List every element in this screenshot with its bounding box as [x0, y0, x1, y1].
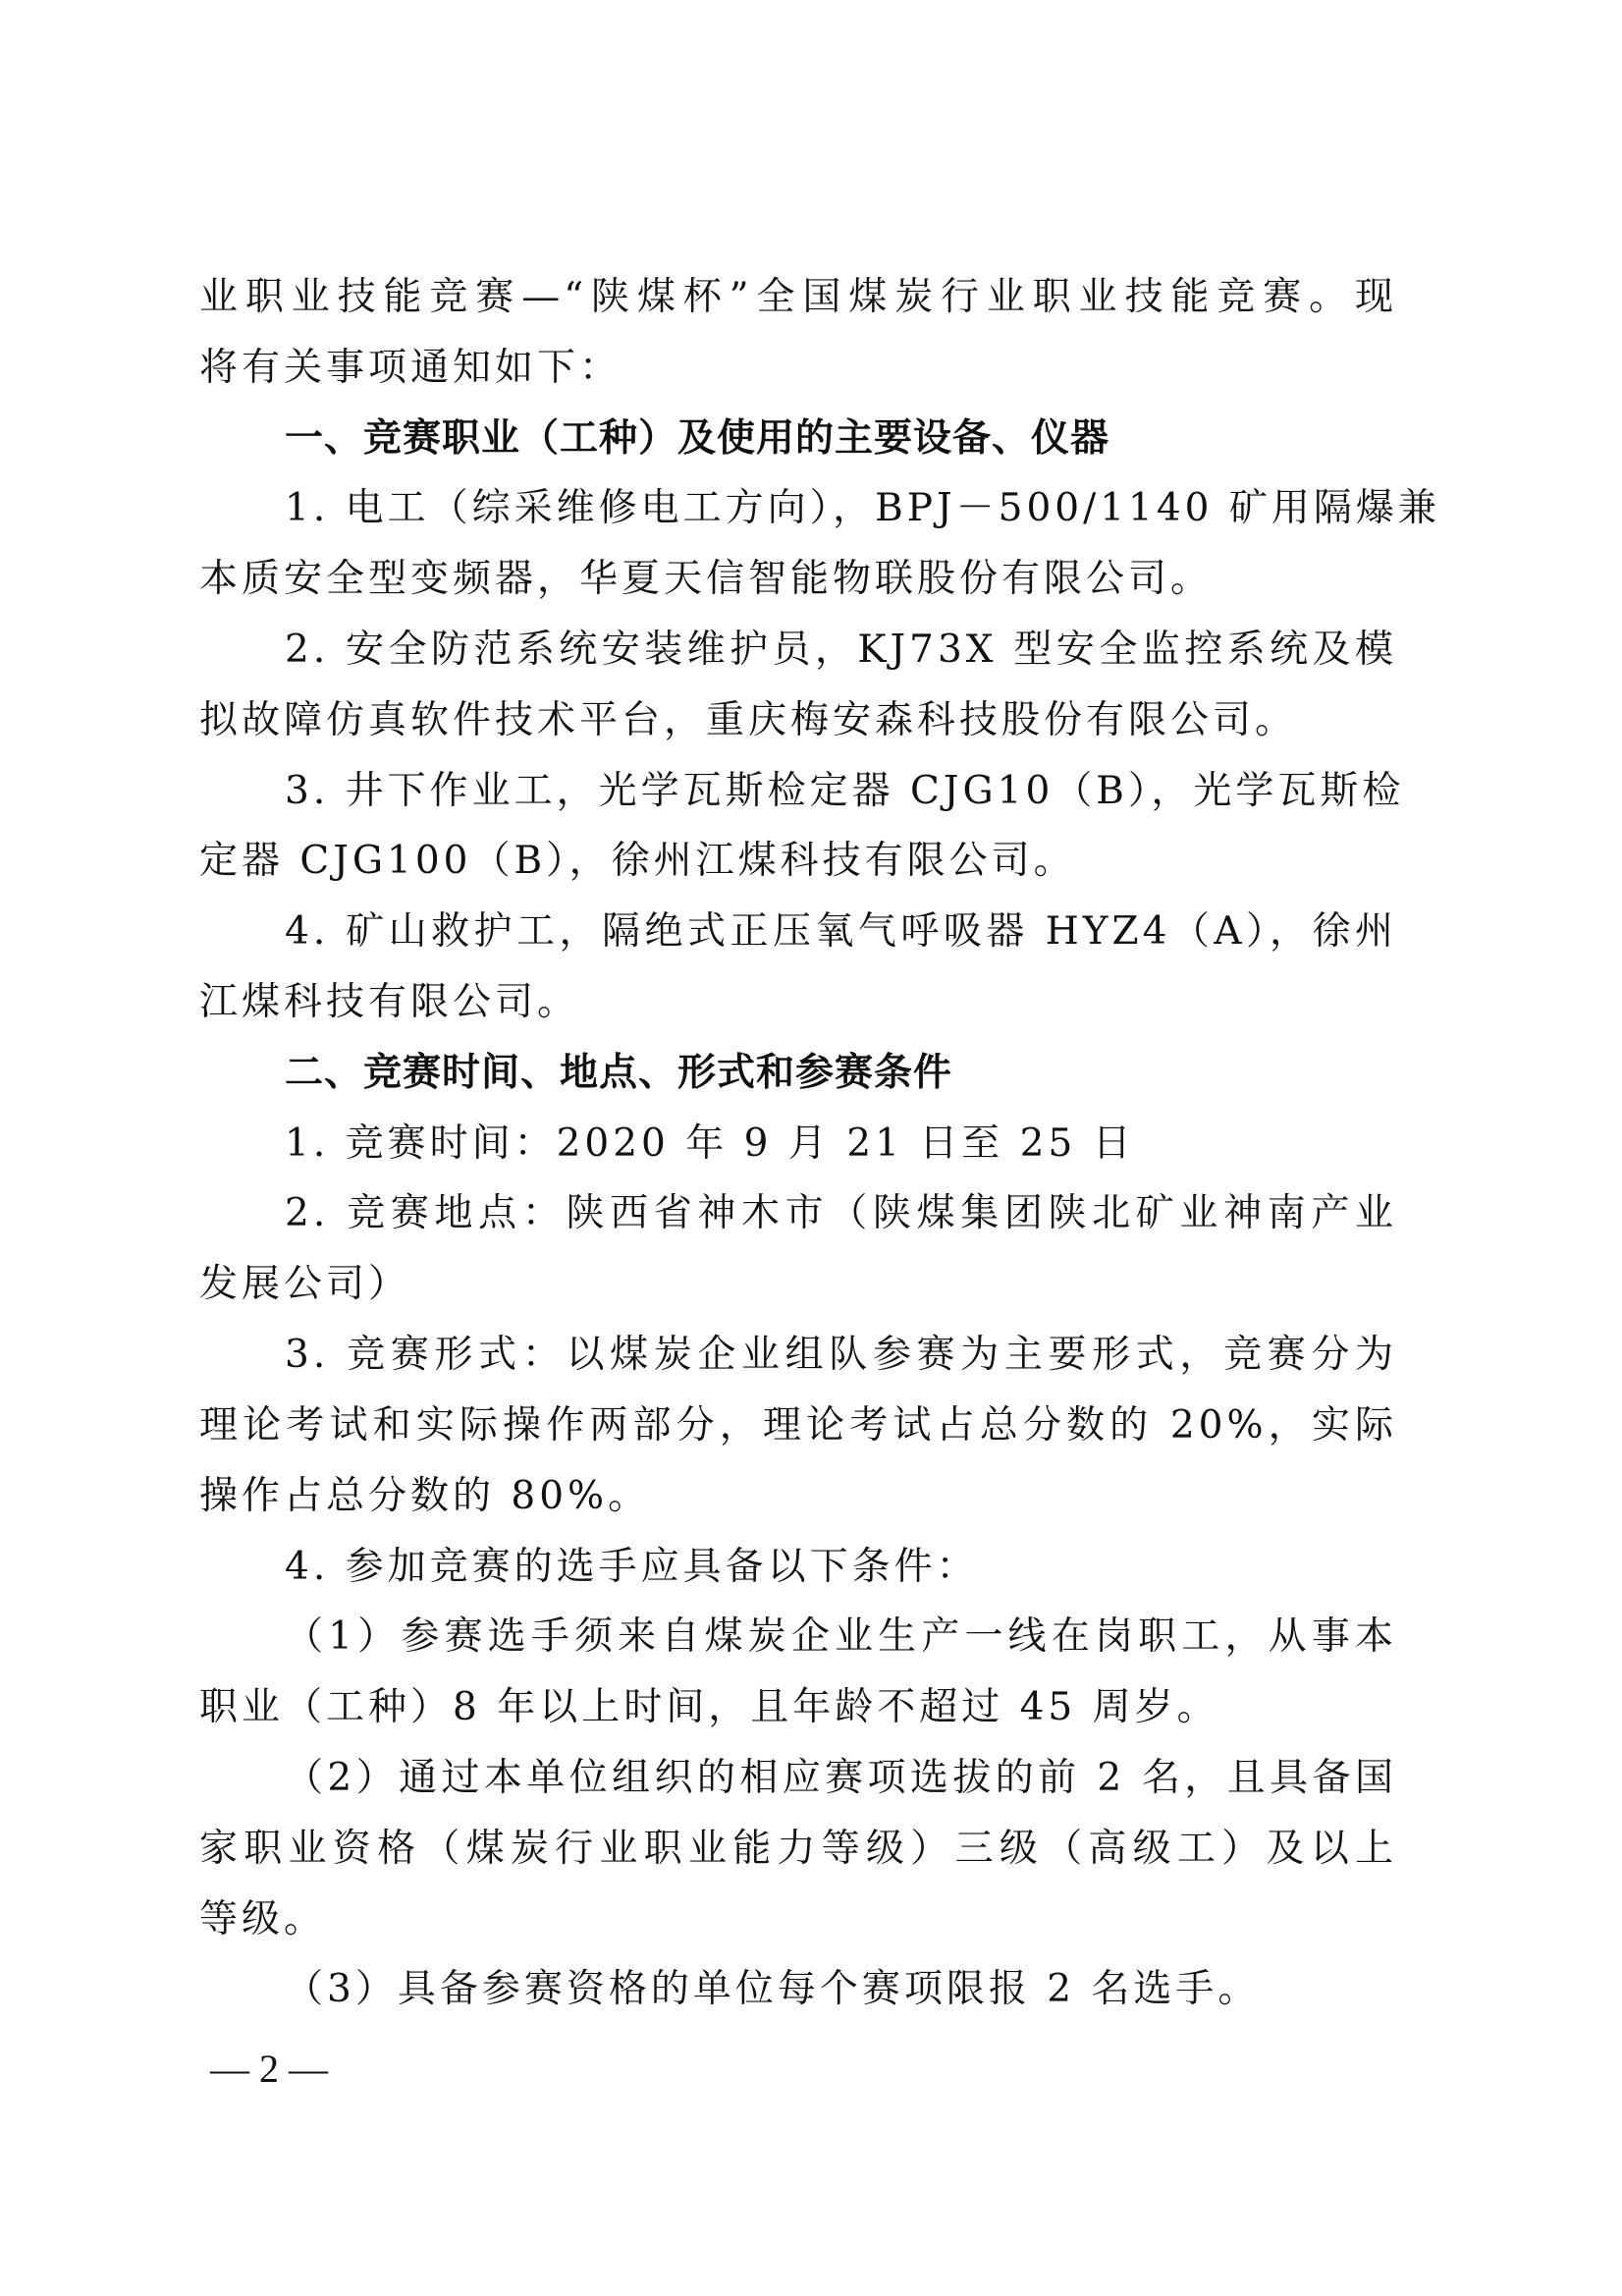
- section-heading-2: 二、竞赛时间、地点、形式和参赛条件: [285, 1038, 1397, 1109]
- document-page: 业职业技能竞赛—“陕煤杯”全国煤炭行业职业技能竞赛。现 将有关事项通知如下： 一…: [0, 0, 1622, 2296]
- body-line: 3. 竞赛形式：以煤炭企业组队参赛为主要形式，竞赛分为: [285, 1320, 1397, 1391]
- page-number: — 2 —: [210, 2047, 328, 2092]
- body-line: 等级。: [199, 1885, 1397, 1955]
- body-line: 定器 CJG100（B），徐州江煤科技有限公司。: [199, 826, 1397, 897]
- body-line: 家职业资格（煤炭行业职业能力等级）三级（高级工）及以上: [199, 1814, 1397, 1885]
- body-line: 2. 安全防范系统安装维护员，KJ73X 型安全监控系统及模: [285, 615, 1397, 685]
- body-line: 3. 井下作业工，光学瓦斯检定器 CJG10（B），光学瓦斯检: [285, 756, 1397, 827]
- body-line: 业职业技能竞赛—“陕煤杯”全国煤炭行业职业技能竞赛。现: [199, 262, 1397, 333]
- body-line: （1）参赛选手须来自煤炭企业生产一线在岗职工，从事本: [285, 1602, 1397, 1672]
- body-line: 拟故障仿真软件技术平台，重庆梅安森科技股份有限公司。: [199, 685, 1397, 756]
- body-line: （3）具备参赛资格的单位每个赛项限报 2 名选手。: [285, 1954, 1397, 2025]
- body-line: 江煤科技有限公司。: [199, 967, 1397, 1038]
- body-line: 4. 矿山救护工，隔绝式正压氧气呼吸器 HYZ4（A），徐州: [285, 897, 1397, 967]
- body-line: 本质安全型变频器，华夏天信智能物联股份有限公司。: [199, 544, 1397, 615]
- body-line: 将有关事项通知如下：: [199, 333, 1397, 404]
- body-line: 2. 竞赛地点：陕西省神木市（陕煤集团陕北矿业神南产业: [285, 1178, 1397, 1249]
- body-line: 4. 参加竞赛的选手应具备以下条件：: [285, 1532, 1397, 1603]
- body-line: 职业（工种）8 年以上时间，且年龄不超过 45 周岁。: [199, 1672, 1397, 1743]
- body-line: 1. 竞赛时间：2020 年 9 月 21 日至 25 日: [285, 1109, 1397, 1179]
- body-line: 理论考试和实际操作两部分，理论考试占总分数的 20%，实际: [199, 1391, 1397, 1461]
- section-heading-1: 一、竞赛职业（工种）及使用的主要设备、仪器: [285, 404, 1397, 474]
- body-line: 操作占总分数的 80%。: [199, 1461, 1397, 1532]
- body-line: 发展公司）: [199, 1249, 1397, 1320]
- body-line: （2）通过本单位组织的相应赛项选拔的前 2 名，且具备国: [285, 1743, 1397, 1814]
- body-line: 1. 电工（综采维修电工方向），BPJ－500/1140 矿用隔爆兼: [285, 473, 1397, 544]
